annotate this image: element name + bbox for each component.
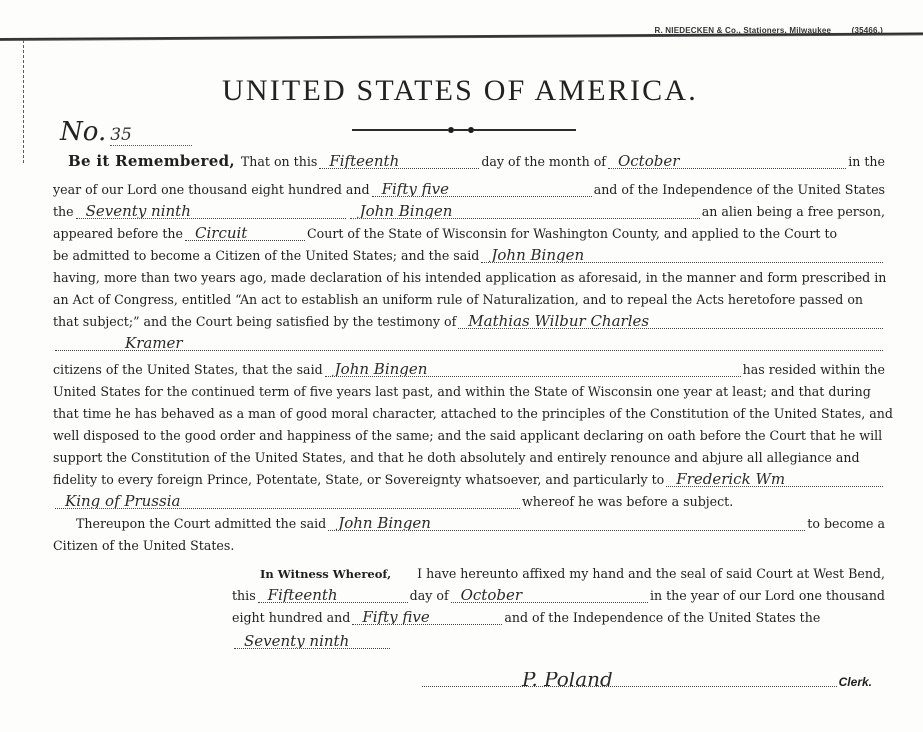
witness-line-3: eight hundred and Fifty five and of the … <box>232 610 885 626</box>
static-text: be admitted to become a Citizen of the U… <box>53 248 479 264</box>
fill-day: Fifteenth <box>319 154 479 169</box>
fill-witness-day: Fifteenth <box>258 588 408 603</box>
witness-line-1: In Witness Whereof, I have hereunto affi… <box>260 566 885 582</box>
fill-month: October <box>608 154 846 169</box>
fill-witness-year: Fifty five <box>352 610 502 625</box>
body-line-14: support the Constitution of the United S… <box>53 450 885 466</box>
witness-line-4: Seventy ninth <box>232 634 392 649</box>
be-it-remembered-heading: Be it Remembered, <box>68 153 235 169</box>
fill-independence-year: Seventy ninth <box>76 204 346 219</box>
body-line-8: that subject;” and the Court being satis… <box>53 314 885 330</box>
document-title: UNITED STATES OF AMERICA. <box>222 74 698 108</box>
stationer-imprint: R. NIEDECKEN & Co., Stationers, Milwauke… <box>654 26 883 35</box>
static-text: to become a <box>807 516 885 532</box>
clerk-label: Clerk. <box>839 674 872 690</box>
static-text: has resided within the <box>743 362 885 378</box>
fill-applicant-name: John Bingen <box>481 248 883 263</box>
static-text: day of <box>410 588 449 604</box>
body-line-18: Citizen of the United States. <box>53 538 885 554</box>
fill-witness-month: October <box>451 588 648 603</box>
static-text: and of the Independence of the United St… <box>594 182 885 198</box>
body-line-4: appeared before the Circuit Court of the… <box>53 226 885 242</box>
witness-line-2: this Fifteenth day of October in the yea… <box>232 588 885 604</box>
body-line-1: Be it Remembered, That on this Fifteenth… <box>68 153 885 170</box>
static-text: year of our Lord one thousand eight hund… <box>53 182 370 198</box>
left-margin-rule <box>23 40 24 165</box>
number-label: No. <box>60 117 106 147</box>
body-line-17: Thereupon the Court admitted the said Jo… <box>76 516 885 532</box>
body-line-9: Kramer <box>53 336 885 351</box>
fill-witnesses-cont: Kramer <box>55 336 883 351</box>
fill-admitted-name: John Bingen <box>328 516 805 531</box>
ornament-bar-mid <box>454 129 468 131</box>
static-text: day of the month of <box>481 154 606 170</box>
static-text: in the <box>848 154 885 170</box>
static-text: whereof he was before a subject. <box>522 494 733 510</box>
certificate-number: No.35 <box>60 117 192 147</box>
form-code: (35466.) <box>852 26 883 35</box>
fill-alien-name: John Bingen <box>350 204 700 219</box>
body-line-7: an Act of Congress, entitled “An act to … <box>53 292 885 308</box>
fill-sovereign-title: King of Prussia <box>55 494 520 509</box>
static-text: Court of the State of Wisconsin for Wash… <box>307 226 837 242</box>
static-text: Thereupon the Court admitted the said <box>76 516 326 532</box>
body-line-2: year of our Lord one thousand eight hund… <box>53 182 885 198</box>
static-text: United States for the continued term of … <box>53 384 871 400</box>
static-text: and of the Independence of the United St… <box>504 610 820 626</box>
body-line-13: well disposed to the good order and happ… <box>53 428 885 444</box>
static-text: That on this <box>241 154 317 170</box>
divider-ornament <box>352 127 576 133</box>
body-line-15: fidelity to every foreign Prince, Potent… <box>53 472 885 488</box>
stationer-name: R. NIEDECKEN & Co., Stationers, Milwauke… <box>654 26 831 35</box>
fill-applicant-name-2: John Bingen <box>325 362 741 377</box>
static-text: citizens of the United States, that the … <box>53 362 323 378</box>
body-line-6: having, more than two years ago, made de… <box>53 270 885 286</box>
naturalization-certificate: R. NIEDECKEN & Co., Stationers, Milwauke… <box>0 0 923 732</box>
fill-court-type: Circuit <box>185 226 305 241</box>
in-witness-whereof-heading: In Witness Whereof, <box>260 566 391 582</box>
body-line-10: citizens of the United States, that the … <box>53 362 885 378</box>
static-text: well disposed to the good order and happ… <box>53 428 882 444</box>
body-line-5: be admitted to become a Citizen of the U… <box>53 248 885 264</box>
static-text: I have hereunto affixed my hand and the … <box>417 566 885 582</box>
static-text: that time he has behaved as a man of goo… <box>53 406 893 422</box>
static-text: eight hundred and <box>232 610 350 626</box>
fill-witnesses: Mathias Wilbur Charles <box>458 314 883 329</box>
fill-witness-independence: Seventy ninth <box>234 634 390 649</box>
static-text: that subject;” and the Court being satis… <box>53 314 456 330</box>
body-line-16: King of Prussia whereof he was before a … <box>53 494 885 510</box>
clerk-signature-line: P. Poland Clerk. <box>420 672 872 690</box>
body-line-12: that time he has behaved as a man of goo… <box>53 406 885 422</box>
body-line-3: the Seventy ninth John Bingen an alien b… <box>53 204 885 220</box>
static-text: the <box>53 204 74 220</box>
number-value: 35 <box>110 125 192 146</box>
static-text: in the year of our Lord one thousand <box>650 588 885 604</box>
fill-year: Fifty five <box>372 182 592 197</box>
static-text: fidelity to every foreign Prince, Potent… <box>53 472 664 488</box>
static-text: an Act of Congress, entitled “An act to … <box>53 292 863 308</box>
static-text: appeared before the <box>53 226 183 242</box>
clerk-signature: P. Poland <box>422 672 837 687</box>
static-text: support the Constitution of the United S… <box>53 450 860 466</box>
static-text: this <box>232 588 256 604</box>
body-line-11: United States for the continued term of … <box>53 384 885 400</box>
static-text: Citizen of the United States. <box>53 538 234 554</box>
static-text: having, more than two years ago, made de… <box>53 270 886 286</box>
ornament-bar-right <box>474 129 576 131</box>
fill-sovereign: Frederick Wm <box>666 472 883 487</box>
static-text: an alien being a free person, <box>702 204 885 220</box>
ornament-bar-left <box>352 129 448 131</box>
